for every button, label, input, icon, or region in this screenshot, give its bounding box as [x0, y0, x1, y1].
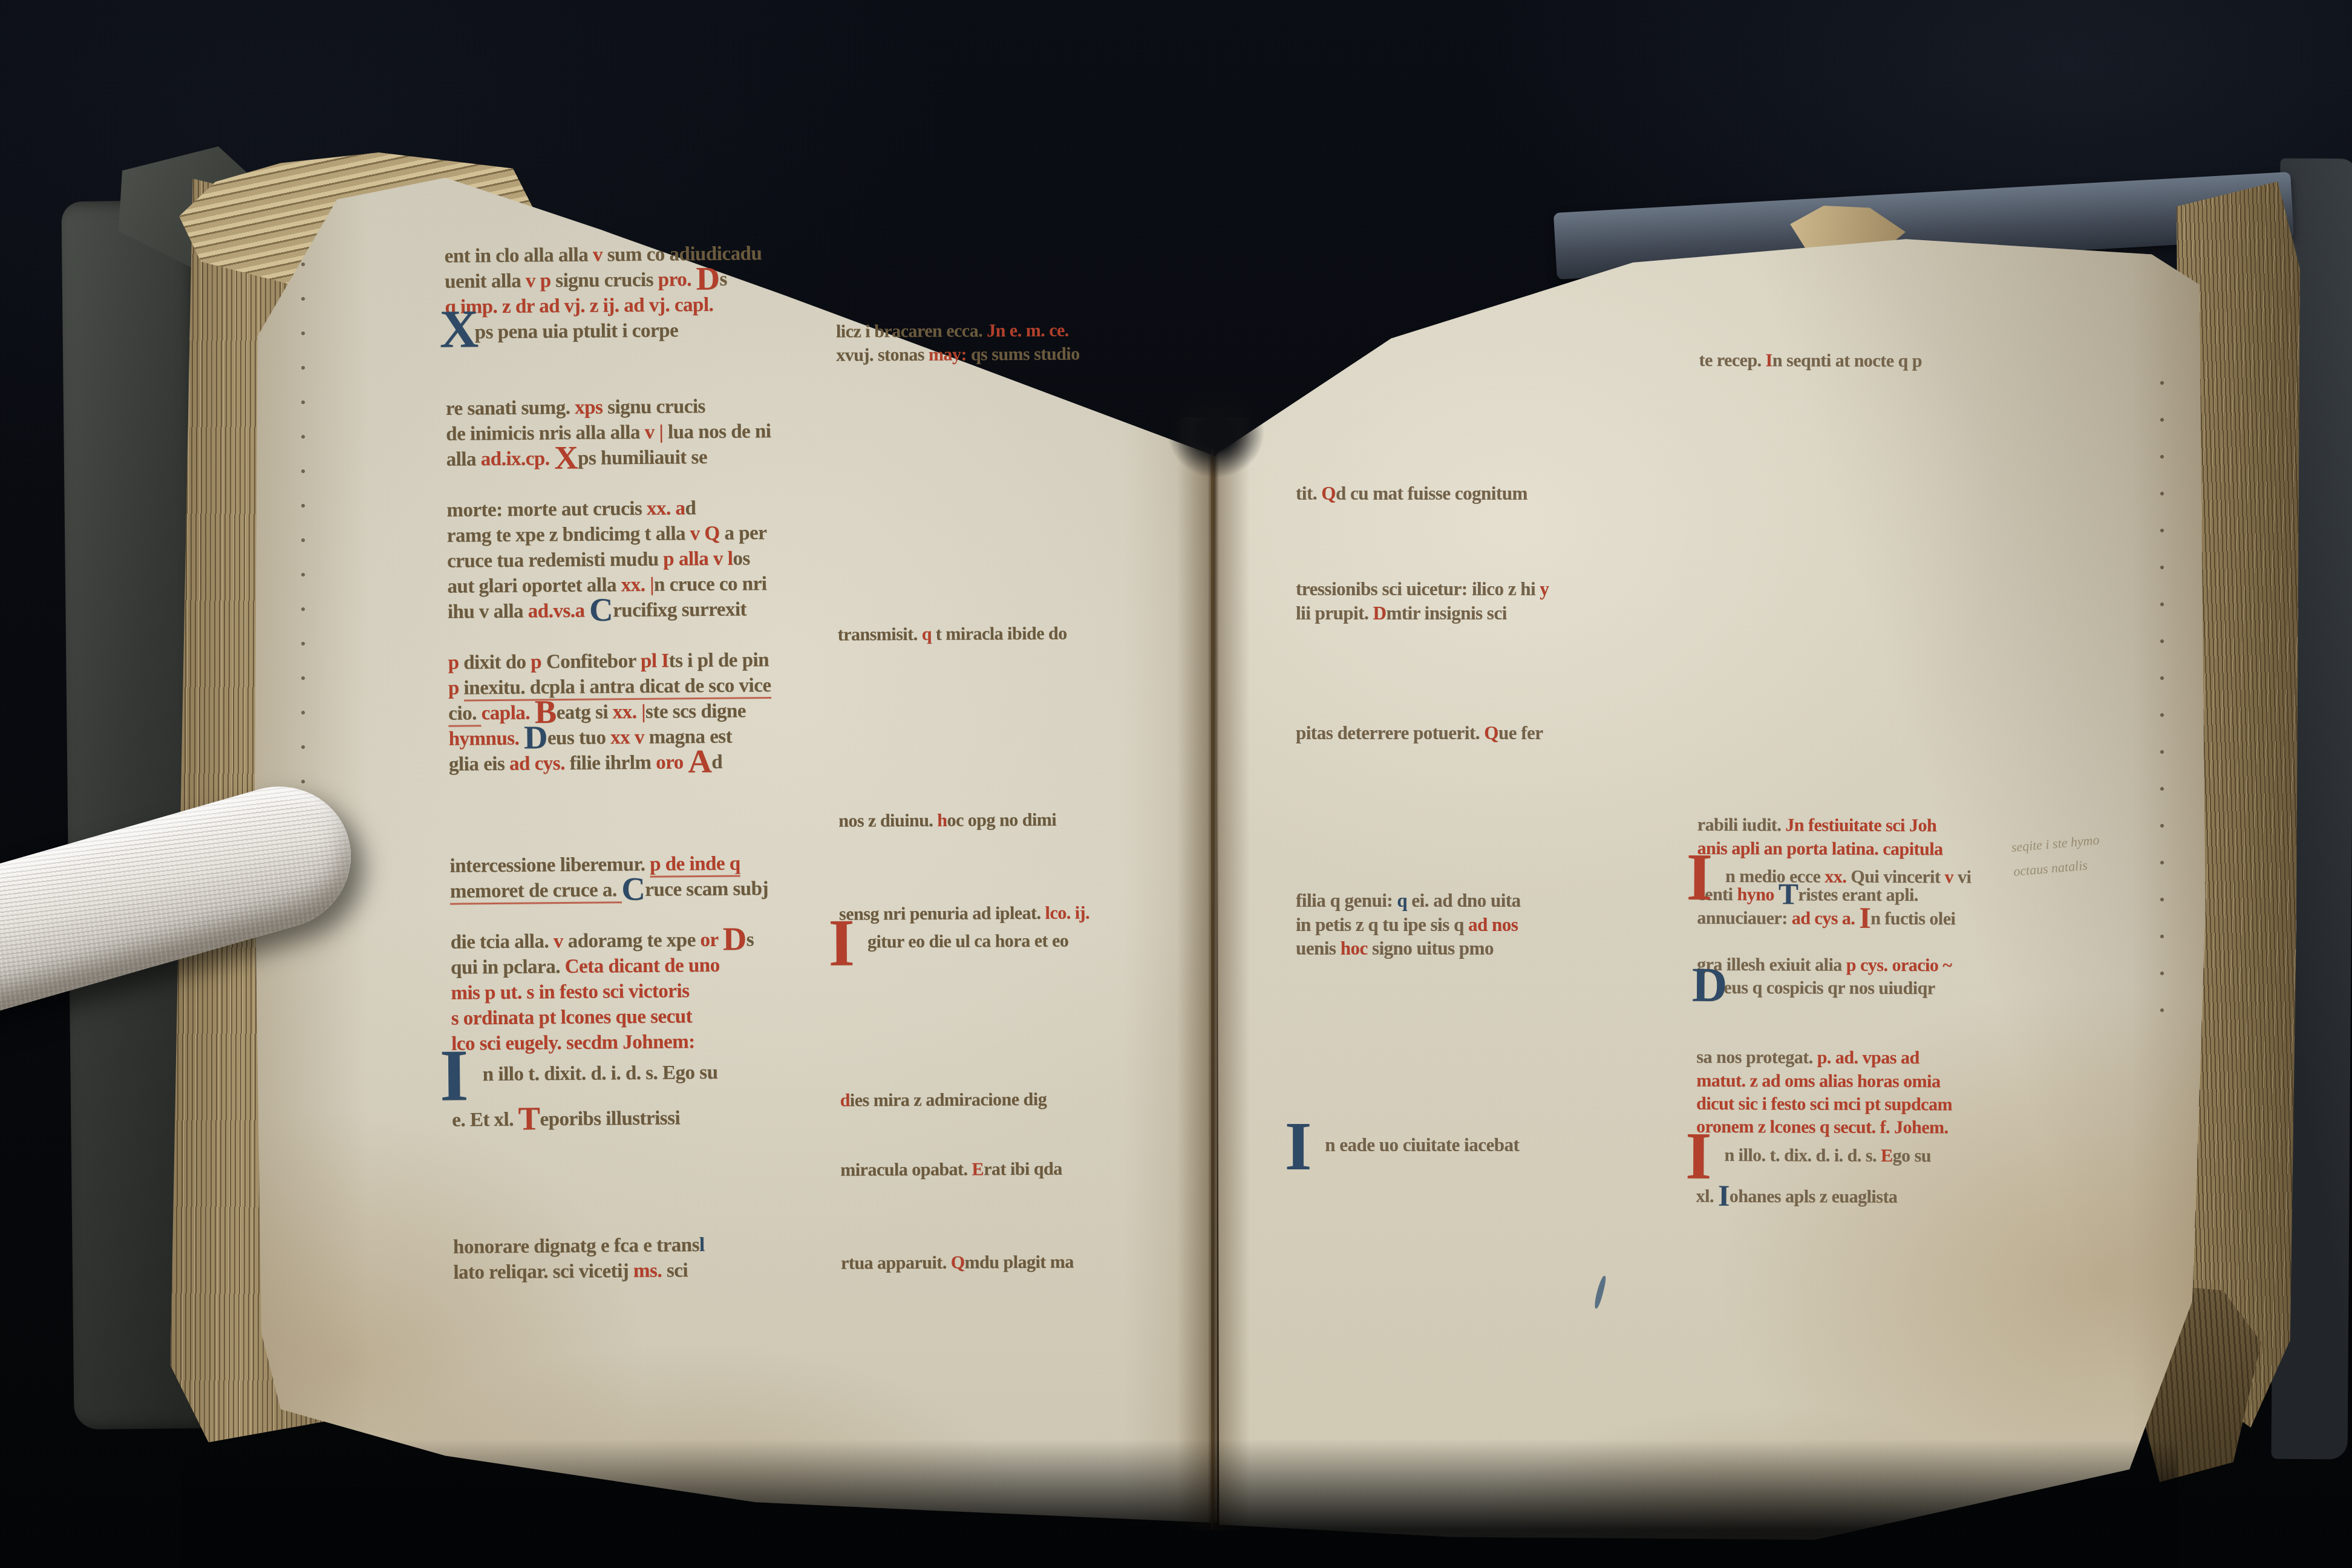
text-segment: v [1944, 867, 1958, 887]
manuscript-line: honorare dignatg e fca e transl [453, 1231, 827, 1259]
text-segment: Q [1321, 483, 1336, 504]
text-segment: p cys. oracio ~ [1846, 955, 1952, 975]
text-segment: ms. [633, 1260, 667, 1282]
manuscript-line [1296, 434, 1690, 458]
text-segment: signu crucis [607, 396, 705, 418]
text-segment: ruce scam subj [645, 878, 768, 901]
manuscript-line [1296, 457, 1690, 482]
text-segment: uenis [1296, 938, 1341, 959]
text-segment: de inimicis nris alla alla [446, 422, 645, 445]
manuscript-line [1698, 581, 2099, 606]
manuscript-line: dicut sic i festo sci mci pt supdcam [1696, 1093, 2097, 1117]
text-segment: ent in clo alla alla [445, 244, 593, 267]
text-segment: ohanes apls z euaglista [1730, 1186, 1898, 1207]
text-segment: vi [1958, 867, 1971, 887]
text-segment: n seqnti at nocte q p [1772, 351, 1922, 371]
manuscript-line: matut. z ad oms alias horas omia [1696, 1069, 2097, 1094]
manuscript-line [1296, 649, 1690, 673]
manuscript-line: de inimicis nris alla alla v | lua nos d… [446, 418, 820, 446]
text-segment: rucifixg surrexit [613, 598, 746, 621]
text-segment: lii prupit. [1296, 603, 1373, 624]
text-segment: q [1397, 890, 1407, 911]
manuscript-line [1296, 1200, 1690, 1224]
text-column-4: te recep. In seqnti at nocte q prabili i… [1696, 326, 2099, 1233]
text-segment: sci [667, 1259, 688, 1281]
manuscript-line [1697, 744, 2098, 769]
text-segment: filie ihrlm [569, 752, 656, 774]
manuscript-line: re sanati sumg. xps signu crucis [446, 393, 820, 421]
text-column-3: tit. Qd cu mat fuisse cognitumtressionib… [1296, 362, 1690, 1320]
text-segment: t miracla ibide do [936, 623, 1067, 644]
manuscript-line [1296, 697, 1690, 721]
manuscript-line [1698, 651, 2099, 676]
text-segment: n fuctis olei [1870, 909, 1955, 929]
manuscript-line [448, 621, 822, 650]
illuminated-initial: I [1718, 1179, 1730, 1212]
text-segment: n eade uo ciuitate iacebat [1325, 1134, 1519, 1155]
manuscript-line: memoret de cruce a. Cruce scam subj [450, 875, 824, 904]
manuscript-line: rtua apparuit. Qmdu plagit ma [841, 1250, 1197, 1275]
manuscript-line [446, 469, 820, 497]
text-segment: in petis z q tu ipe sis q [1296, 914, 1468, 935]
text-segment: morte: morte aut crucis [446, 498, 647, 521]
manuscript-line [838, 714, 1194, 740]
manuscript-line [1296, 386, 1690, 410]
photo-of-open-manuscript: ent in clo alla alla v sum co adiudicadu… [0, 0, 2352, 1568]
manuscript-line: p inexitu. dcpla i antra dicat de sco vi… [448, 672, 822, 701]
text-segment: ad cys. [509, 753, 570, 775]
manuscript-line: ent in clo alla alla v sum co adiudicadu [444, 240, 818, 269]
manuscript-line: annuciauer: ad cys a. In fuctis olei [1697, 907, 2097, 932]
manuscript-line: glia eis ad cys. filie ihrlm oro Ad [449, 748, 823, 777]
manuscript-line [837, 575, 1193, 600]
text-segment: licz i bracaren ecca. [836, 321, 987, 341]
text-segment: l [699, 1234, 705, 1256]
text-segment: d [840, 1090, 850, 1110]
text-segment: v p [526, 270, 556, 292]
text-segment: sa nos protegat. [1696, 1047, 1817, 1068]
text-segment: xx. | [613, 701, 646, 723]
text-segment: uenit alla [445, 270, 526, 293]
bottom-shadow [181, 1440, 2178, 1568]
manuscript-line: Xps pena uia ptulit i corpe [445, 316, 819, 345]
manuscript-line [1699, 419, 2099, 443]
text-segment: rat ibi qda [984, 1159, 1062, 1180]
manuscript-line: dies mira z admiracione dig [840, 1087, 1196, 1112]
manuscript-line [449, 774, 823, 802]
manuscript-line: morte: morte aut crucis xx. ad [446, 494, 820, 523]
manuscript-line [838, 761, 1194, 786]
manuscript-line [1296, 1056, 1690, 1080]
text-segment: d [685, 497, 696, 519]
text-segment: v Q [690, 523, 720, 544]
text-segment: ue fer [1498, 722, 1543, 743]
text-segment: h [937, 810, 947, 830]
text-segment: eatg si [556, 701, 612, 724]
text-segment: pitas deterrere potuerit. [1296, 722, 1484, 743]
manuscript-line [1697, 767, 2098, 792]
text-segment: Q [1484, 722, 1498, 743]
manuscript-line [840, 970, 1195, 996]
text-segment: s [746, 929, 754, 950]
text-segment: rabili iudit. [1697, 815, 1786, 835]
manuscript-line [1699, 373, 2099, 397]
text-segment: ad.ix.cp. [481, 448, 555, 470]
manuscript-line [837, 411, 1192, 437]
text-segment: s ordinata pt lcones que secut [451, 1005, 693, 1029]
text-segment: sensg nri penuria ad ipleat. [839, 903, 1045, 924]
manuscript-line [839, 854, 1195, 880]
manuscript-line [452, 1206, 826, 1234]
manuscript-line [837, 482, 1192, 507]
text-segment: oc opg no dimi [947, 809, 1056, 830]
manuscript-line [838, 737, 1194, 763]
manuscript-line [841, 1203, 1197, 1229]
manuscript-line: licz i bracaren ecca. Jn e. m. ce. [836, 318, 1192, 344]
illuminated-initial: I [1859, 901, 1870, 934]
manuscript-line [1296, 529, 1690, 554]
text-segment: signo uitus pmo [1372, 938, 1494, 959]
text-segment: ramg te xpe z bndicimg t alla [447, 523, 690, 547]
manuscript-line [838, 831, 1194, 856]
illuminated-initial: T [1779, 878, 1798, 911]
manuscript-line [840, 1017, 1195, 1042]
text-segment: n cruce co nri [654, 573, 767, 596]
manuscript-line [1296, 1033, 1690, 1057]
text-segment: lco sci eugely. secdm Johnem: [451, 1031, 695, 1055]
manuscript-line [449, 825, 823, 853]
manuscript-line: te recep. In seqnti at nocte q p [1699, 349, 2099, 374]
manuscript-line [1296, 1080, 1690, 1105]
text-segment: Confitebor [546, 650, 641, 673]
manuscript-line [1697, 791, 2098, 815]
manuscript-line [1296, 362, 1690, 386]
text-segment: n illo t. dixit. d. i. d. s. Ego su [483, 1062, 718, 1085]
manuscript-line [841, 1227, 1197, 1252]
text-segment: hoc [1341, 938, 1372, 959]
text-segment: pl I [641, 650, 669, 672]
manuscript-line: miracula opabat. Erat ibi qda [840, 1157, 1196, 1182]
manuscript-line: cruce tua redemisti mudu p alla v los [447, 545, 821, 573]
text-segment: ei. ad dno uita [1407, 890, 1521, 911]
text-segment: tit. [1296, 483, 1321, 504]
manuscript-line: lco sci eugely. secdm Johnem: [451, 1028, 825, 1056]
manuscript-line [452, 1155, 826, 1183]
text-segment: p [448, 677, 464, 699]
manuscript-line [840, 1134, 1196, 1159]
manuscript-line [838, 668, 1194, 693]
text-segment: ies mira z admiracione dig [850, 1089, 1047, 1110]
text-segment: go su [1892, 1146, 1930, 1166]
manuscript-line [1296, 626, 1690, 650]
manuscript-line [1296, 1152, 1690, 1177]
text-segment: n illo. t. dix. d. i. d. s. [1724, 1145, 1881, 1166]
text-segment: die tcia alla. [450, 930, 554, 953]
manuscript-line: p dixit do p Confitebor pl Its i pl de p… [448, 647, 822, 675]
text-segment: Jn e. m. ce. [987, 321, 1069, 341]
text-segment: nos z diuinu. [838, 810, 937, 831]
manuscript-line: oronem z lcones q secut. f. Johem. [1696, 1116, 2097, 1140]
text-segment: ihu v alla [448, 601, 528, 623]
manuscript-line [1697, 930, 2097, 955]
manuscript-line: xl. Iohanes apls z euaglista [1696, 1185, 2097, 1210]
text-segment: xx v [610, 727, 649, 749]
manuscript-line [1699, 326, 2099, 351]
manuscript-line [1699, 465, 2099, 490]
manuscript-line [1296, 1248, 1690, 1272]
text-segment: v | [645, 422, 668, 443]
text-segment: Q [951, 1252, 965, 1272]
manuscript-line: In eade uo ciuitate iacebat [1296, 1128, 1690, 1152]
text-segment: sum co adiudicadu [607, 243, 762, 266]
manuscript-line: In illo. t. dix. d. i. d. s. Ego su [1696, 1139, 2097, 1164]
manuscript-line: tressionibs sci uicetur: ilico z hi y [1296, 577, 1690, 601]
text-segment: xx. a [647, 497, 685, 520]
text-segment: p [448, 652, 463, 673]
illuminated-initial: C [589, 591, 613, 628]
manuscript-line: uenis hoc signo uitus pmo [1296, 936, 1690, 961]
text-segment: cruce tua redemisti mudu [447, 549, 663, 572]
text-segment: I [1766, 351, 1772, 371]
text-segment: eus q cospicis qr nos uiudiqr [1723, 978, 1935, 998]
manuscript-line [837, 598, 1193, 623]
manuscript-line: e. Et xl. Teporibs illustrissi [452, 1104, 826, 1132]
text-segment: hyno [1737, 884, 1778, 904]
manuscript-line: q imp. z dr ad vj. z ij. ad vj. capl. [445, 291, 818, 319]
text-segment: eporibs illustrissi [540, 1107, 680, 1130]
manuscript-line [836, 365, 1192, 390]
text-column-2: licz i bracaren ecca. Jn e. m. ce.xvuj. … [836, 318, 1197, 1275]
manuscript-line: lii prupit. Dmtir insignis sci [1296, 601, 1690, 626]
manuscript-line: in petis z q tu ipe sis q ad nos [1296, 913, 1690, 937]
manuscript-line [452, 1129, 826, 1158]
manuscript-line [1296, 1296, 1690, 1320]
text-segment: ristes erant apli. [1798, 885, 1918, 906]
manuscript-line [840, 1110, 1196, 1135]
text-segment: dixit do [463, 652, 531, 674]
text-segment: ps pena uia ptulit i corpe [475, 319, 679, 343]
text-segment: d cu mat fuisse cognitum [1336, 483, 1527, 504]
text-segment: oronem z lcones q secut. f. Johem. [1696, 1117, 1949, 1137]
text-segment: xps [575, 396, 607, 418]
manuscript-line [840, 1040, 1195, 1066]
text-segment: gitur eo die ul ca hora et eo [867, 931, 1069, 952]
illuminated-initial: C [621, 870, 645, 907]
manuscript-line [1296, 769, 1690, 793]
manuscript-line: die tcia alla. v adoramg te xpe or Ds [450, 926, 824, 955]
text-segment: may: [929, 344, 971, 364]
manuscript-line [1697, 720, 2098, 745]
text-segment: ad nos [1468, 914, 1518, 935]
manuscript-line: mis p ut. s in festo sci victoris [451, 977, 825, 1005]
text-segment: p de inde q [650, 853, 740, 878]
text-segment: lco. ij. [1045, 903, 1089, 923]
text-segment: Jn festiuitate sci Joh [1785, 815, 1936, 836]
manuscript-line [838, 691, 1194, 716]
manuscript-line [1699, 442, 2099, 467]
text-segment: alla [446, 448, 480, 470]
illuminated-initial: D [723, 920, 746, 957]
text-segment: pro. [658, 269, 696, 291]
text-segment: v [593, 244, 607, 266]
manuscript-line [449, 799, 823, 828]
manuscript-line: Deus q cospicis qr nos uiudiqr [1697, 976, 2097, 1001]
text-segment: xx. | [621, 574, 655, 596]
text-segment: qui in pclara. [451, 956, 565, 979]
manuscript-line [1296, 961, 1690, 985]
manuscript-line [1698, 605, 2099, 630]
manuscript-line [838, 644, 1194, 670]
manuscript-line: cio. capla. Beatg si xx. |ste scs digne [448, 697, 822, 726]
manuscript-line: ihu v alla ad.vs.a Crucifixg surrexit [448, 596, 822, 624]
manuscript-line [837, 505, 1192, 530]
manuscript-line [840, 1180, 1196, 1206]
text-segment: v [554, 930, 568, 952]
text-segment: te recep. [1699, 350, 1765, 370]
manuscript-line [445, 367, 819, 396]
text-segment: xvuj. stonas [836, 344, 929, 365]
manuscript-line [1296, 841, 1690, 865]
text-segment: a per [719, 522, 766, 544]
text-segment: s [719, 269, 727, 290]
text-segment: anis apli an porta latina. capitula [1697, 838, 1943, 858]
text-segment: hymnus. [448, 728, 524, 750]
manuscript-line: tit. Qd cu mat fuisse cognitum [1296, 482, 1690, 506]
text-segment: E [1881, 1146, 1893, 1166]
text-segment: dicut sic i festo sci mci pt supdcam [1696, 1094, 1952, 1114]
manuscript-line [1698, 535, 2099, 560]
text-segment: q [922, 624, 936, 644]
manuscript-line [837, 435, 1192, 460]
text-segment: E [972, 1159, 984, 1179]
manuscript-line: ramg te xpe z bndicimg t alla v Q a per [447, 520, 821, 548]
text-segment: mis p ut. s in festo sci victoris [451, 980, 689, 1004]
manuscript-line: In illo t. dixit. d. i. d. s. Ego su [451, 1053, 825, 1082]
manuscript-line [838, 784, 1194, 809]
manuscript-line: lato reliqar. sci vicetij ms. sci [453, 1256, 827, 1285]
manuscript-line [1296, 864, 1690, 889]
manuscript-line: sa nos protegat. p. ad. vpas ad [1696, 1046, 2097, 1071]
manuscript-line: xvuj. stonas may: qs sums studio [836, 342, 1192, 367]
manuscript-line [1296, 745, 1690, 769]
text-segment: ad cys a. [1792, 908, 1860, 928]
text-segment: cio. [448, 702, 482, 727]
text-segment: p. ad. vpas ad [1817, 1048, 1919, 1068]
manuscript-line [1296, 793, 1690, 817]
text-segment: lua nos de ni [668, 420, 771, 443]
manuscript-line [1697, 697, 2098, 722]
text-segment: eus tuo [547, 727, 610, 749]
manuscript-line: alla ad.ix.cp. Xps humiliauit se [446, 443, 820, 472]
manuscript-line [1698, 512, 2099, 537]
manuscript-line [836, 388, 1192, 414]
pricking-holes-right [2160, 380, 2164, 1045]
manuscript-line [1296, 673, 1690, 697]
manuscript-line [1296, 1176, 1690, 1200]
illuminated-initial: T [518, 1100, 540, 1137]
text-segment: ps humiliauit se [578, 446, 707, 469]
manuscript-line: gra illesh exiuit alia p cys. oracio ~ [1697, 953, 2097, 978]
text-segment: d [711, 751, 722, 773]
text-segment: or [700, 929, 723, 951]
text-segment: lato reliqar. sci vicetij [453, 1260, 633, 1284]
text-segment: ad.vs.a [528, 600, 590, 622]
manuscript-line: Igitur eo die ul ca hora et eo [839, 924, 1195, 949]
manuscript-line [1296, 1008, 1690, 1033]
manuscript-line [452, 1180, 826, 1209]
manuscript-line: qui in pclara. Ceta dicant de uno [451, 952, 825, 980]
text-segment: re sanati sumg. [446, 397, 575, 420]
manuscript-line [1296, 1272, 1690, 1296]
manuscript-line [840, 1063, 1195, 1089]
manuscript-line [837, 458, 1192, 483]
manuscript-line: pitas deterrere potuerit. Que fer [1296, 721, 1690, 745]
illuminated-initial: X [554, 439, 578, 475]
text-segment: qs sums studio [971, 344, 1080, 364]
text-segment: ts i pl de pin [668, 649, 769, 671]
manuscript-line [1296, 410, 1690, 434]
manuscript-line: aut glari oportet alla xx. |n cruce co n… [447, 570, 821, 599]
text-segment: oro [656, 751, 688, 773]
text-segment: p [531, 651, 546, 673]
manuscript-line [840, 994, 1195, 1019]
illuminated-initial: D [696, 260, 719, 296]
text-segment: y [1540, 578, 1549, 599]
manuscript-line [1296, 984, 1690, 1008]
text-segment: memoret de cruce a. [450, 879, 622, 904]
text-segment: intercessione liberemur. [449, 854, 650, 877]
manuscript-line [1699, 489, 2099, 514]
text-segment: honorare dignatg e fca e trans [453, 1234, 699, 1258]
text-segment: mtir insignis sci [1386, 603, 1506, 624]
manuscript-line [1696, 1162, 2097, 1187]
text-segment: os [733, 547, 750, 569]
manuscript-line [837, 551, 1193, 577]
manuscript-line: filia q genui: q ei. ad dno uita [1296, 889, 1690, 913]
text-segment: miracula opabat. [840, 1159, 972, 1180]
text-segment: glia eis [449, 753, 509, 776]
text-segment: tressionibs sci uicetur: ilico z hi [1296, 578, 1540, 599]
manuscript-line [445, 342, 819, 370]
text-segment: filia q genui: [1296, 890, 1397, 911]
manuscript-line [1696, 1209, 2096, 1233]
manuscript-line [1698, 628, 2099, 653]
manuscript-line [837, 528, 1193, 554]
manuscript-line [1697, 999, 2097, 1024]
text-column-1: ent in clo alla alla v sum co adiudicadu… [444, 240, 827, 1285]
text-segment: inexitu. dcpla i antra dicat de sco vice [463, 675, 771, 701]
manuscript-line [839, 877, 1195, 903]
manuscript-line: s ordinata pt lcones que secut [451, 1002, 825, 1031]
gutter-sewing-line [1211, 423, 1214, 1530]
manuscript-line [1296, 1224, 1690, 1248]
manuscript-line: sensg nri penuria ad ipleat. lco. ij. [839, 901, 1195, 926]
manuscript-line: hymnus. Deus tuo xx v magna est [448, 723, 822, 751]
text-segment: matut. z ad oms alias horas omia [1696, 1070, 1940, 1091]
text-segment: transmisit. [838, 624, 922, 644]
text-segment: adoramg te xpe [567, 929, 700, 952]
text-segment: Ceta dicant de uno [564, 955, 719, 978]
manuscript-line [1697, 675, 2098, 699]
illuminated-initial: D [524, 719, 547, 756]
manuscript-line [1696, 1023, 2097, 1048]
text-segment: ste scs digne [645, 700, 746, 722]
text-segment: rtua apparuit. [841, 1253, 951, 1273]
manuscript-line: centi hyno Tristes erant apli. [1697, 883, 2097, 908]
manuscript-line: uenit alla v p signu crucis pro. Ds [445, 266, 818, 294]
illuminated-initial: A [688, 742, 711, 779]
manuscript-line [1699, 396, 2099, 420]
